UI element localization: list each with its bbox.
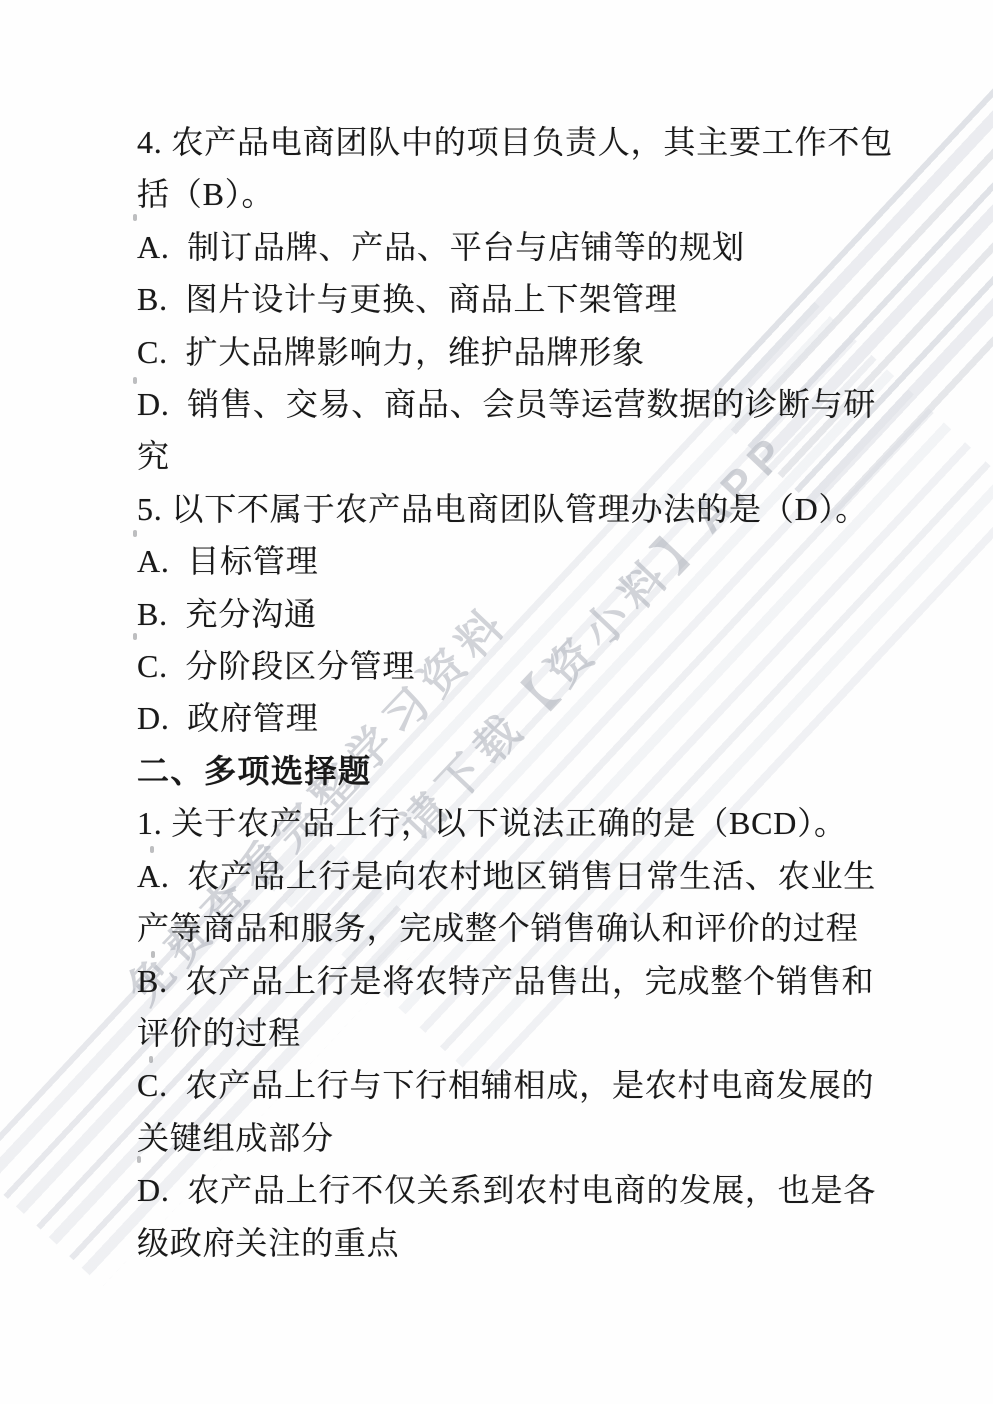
document-line: 产等商品和服务，完成整个销售确认和评价的过程 <box>137 902 882 954</box>
document-line: B. 充分沟通 <box>137 588 882 640</box>
document-content: 4. 农产品电商团队中的项目负责人，其主要工作不包括（B）。A. 制订品牌、产品… <box>137 116 882 1269</box>
document-line: 括（B）。 <box>137 168 882 220</box>
document-line: A. 农产品上行是向农村地区销售日常生活、农业生 <box>137 850 882 902</box>
document-page: 免费查看完整学习资料 请下载【资小料】APP 4. 农产品电商团队中的项目负责人… <box>0 0 993 1404</box>
document-line: 4. 农产品电商团队中的项目负责人，其主要工作不包 <box>137 116 882 168</box>
margin-mark <box>133 214 137 221</box>
document-line: 1. 关于农产品上行，以下说法正确的是（BCD）。 <box>137 797 882 849</box>
document-line: A. 制订品牌、产品、平台与店铺等的规划 <box>137 221 882 273</box>
document-line: D. 销售、交易、商品、会员等运营数据的诊断与研 <box>137 378 882 430</box>
document-line: C. 农产品上行与下行相辅相成，是农村电商发展的 <box>137 1059 882 1111</box>
document-line: 5. 以下不属于农产品电商团队管理办法的是（D）。 <box>137 483 882 535</box>
document-line: B. 图片设计与更换、商品上下架管理 <box>137 273 882 325</box>
document-line: D. 政府管理 <box>137 692 882 744</box>
margin-mark <box>149 1056 153 1063</box>
document-line: B. 农产品上行是将农特产品售出，完成整个销售和 <box>137 955 882 1007</box>
document-line: A. 目标管理 <box>137 535 882 587</box>
margin-mark <box>151 951 155 958</box>
margin-mark <box>133 633 137 640</box>
document-line: 评价的过程 <box>137 1007 882 1059</box>
margin-mark <box>133 530 137 537</box>
document-line: C. 扩大品牌影响力，维护品牌形象 <box>137 326 882 378</box>
margin-mark <box>133 377 137 384</box>
document-line: C. 分阶段区分管理 <box>137 640 882 692</box>
document-line: 究 <box>137 430 882 482</box>
margin-mark <box>150 846 154 853</box>
document-line: D. 农产品上行不仅关系到农村电商的发展，也是各 <box>137 1164 882 1216</box>
document-line: 级政府关注的重点 <box>137 1217 882 1269</box>
document-line: 关键组成部分 <box>137 1112 882 1164</box>
section-heading: 二、多项选择题 <box>137 745 882 797</box>
margin-mark <box>137 1156 141 1163</box>
